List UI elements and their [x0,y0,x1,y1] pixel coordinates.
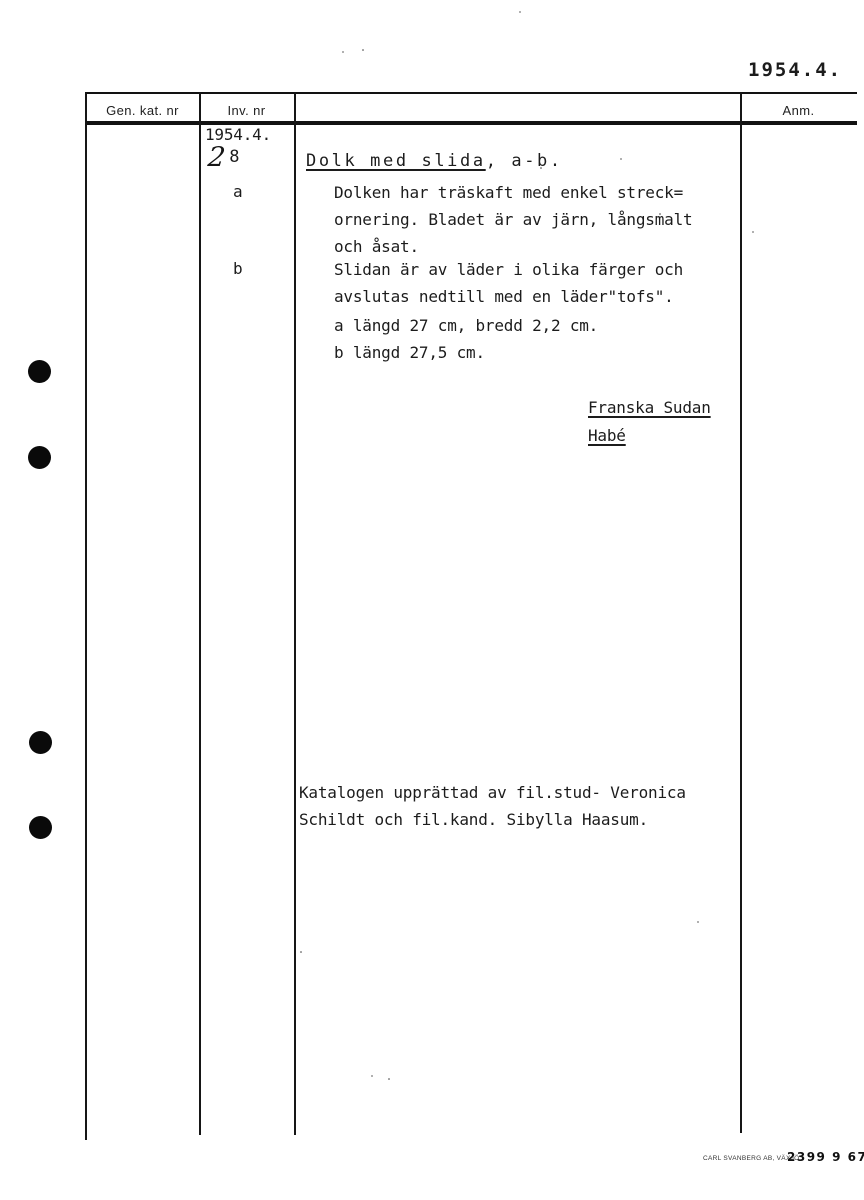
inventory-number: 28 [208,142,235,173]
printer-imprint: CARL SVANBERG AB, VÄXJÖ [703,1155,799,1162]
table-col-rule-genkat-inv [199,92,201,1135]
form-number: 2399 9 67 [787,1150,864,1164]
scan-speck [300,951,302,953]
item-a-line-3: och åsat. [334,239,419,255]
table-col-rule-main-anm [740,92,742,1133]
scan-speck [342,51,344,53]
punch-hole-3 [29,731,52,754]
column-header-inv-nr: Inv. nr [199,103,294,118]
punch-hole-1 [28,360,51,383]
scan-speck [519,11,521,13]
record-title: Dolk med slida [306,151,486,171]
column-header-gen-kat-nr: Gen. kat. nr [86,103,199,118]
scan-speck [620,158,622,160]
measurement-a: a längd 27 cm, bredd 2,2 cm. [334,318,598,334]
item-a-line-2: ornering. Bladet är av järn, långsmalt [334,212,692,228]
table-col-rule-inv-main [294,92,296,1135]
punch-hole-2 [28,446,51,469]
colophon-line-1: Katalogen upprättad av fil.stud- Veronic… [299,785,686,801]
page-number: 1954.4. [748,61,842,80]
colophon-line-2: Schildt och fil.kand. Sibylla Haasum. [299,812,648,828]
scan-speck [659,213,661,215]
scan-speck [540,167,542,169]
record-title-line: Dolk med slida, a-b. [306,153,563,170]
inventory-number-handwritten: 2 [206,142,226,173]
table-left-rule [85,92,87,1140]
provenance-people: Habé [588,428,626,444]
scan-speck [371,1075,373,1077]
catalog-scan-page: 1954.4. Gen. kat. nr Inv. nr Anm. 1954.4… [0,0,864,1200]
scan-speck [697,921,699,923]
scan-speck [362,49,364,51]
measurement-b: b längd 27,5 cm. [334,345,485,361]
scan-speck [752,231,754,233]
item-label-b: b [233,261,242,277]
inventory-number-typed: 8 [229,147,239,167]
provenance-region: Franska Sudan [588,400,711,416]
record-title-suffix: , a-b. [486,151,563,171]
record-year: 1954.4. [205,127,271,143]
item-label-a: a [233,184,242,200]
item-b-line-2: avslutas nedtill med en läder"tofs". [334,289,674,305]
punch-hole-4 [29,816,52,839]
item-b-line-1: Slidan är av läder i olika färger och [334,262,683,278]
scan-speck [388,1078,390,1080]
column-header-anm: Anm. [740,103,857,118]
item-a-line-1: Dolken har träskaft med enkel streck= [334,185,683,201]
